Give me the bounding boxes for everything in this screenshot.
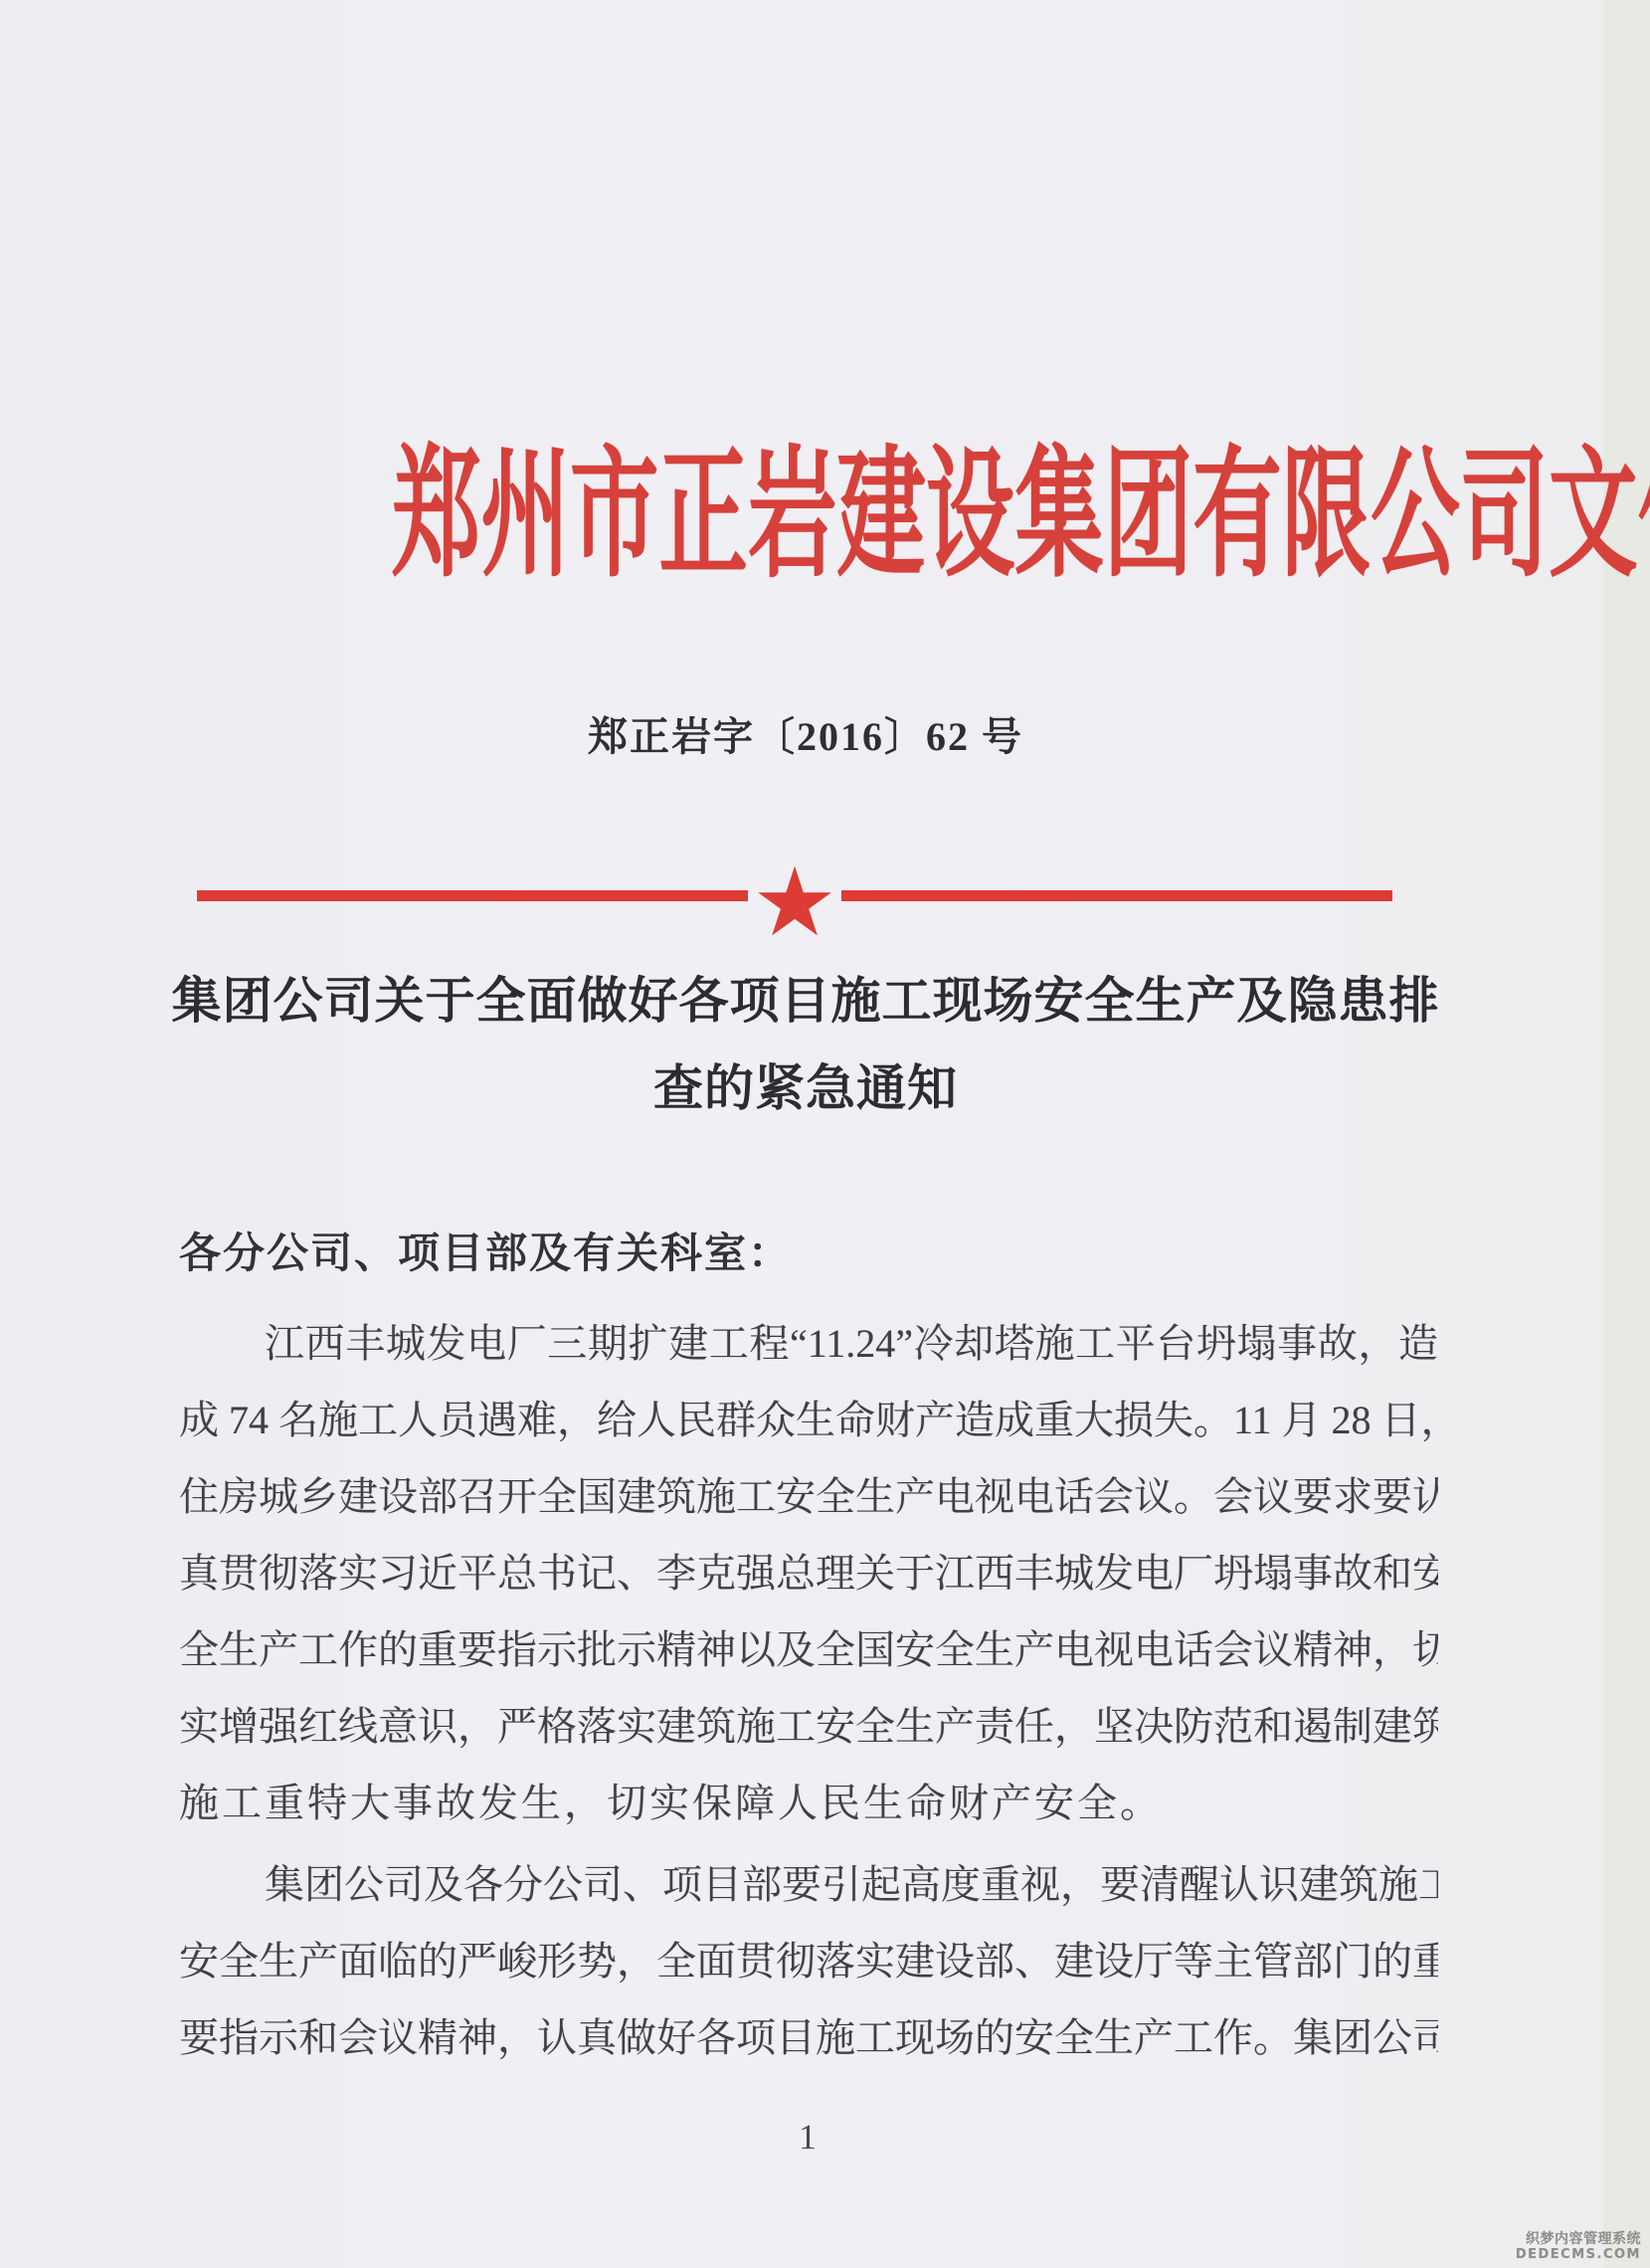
body-line: 真贯彻落实习近平总书记、李克强总理关于江西丰城发电厂坍塌事故和安: [179, 1535, 1438, 1611]
red-rule-left: [197, 890, 748, 901]
body-line: 全生产工作的重要指示批示精神以及全国安全生产电视电话会议精神，切: [179, 1611, 1438, 1688]
body-line: 江西丰城发电厂三期扩建工程“11.24”冷却塔施工平台坍塌事故，造: [179, 1305, 1438, 1382]
body-line: 安全生产面临的严峻形势，全面贯彻落实建设部、建设厅等主管部门的重: [179, 1923, 1438, 1999]
company-header: 郑州市正岩建设集团有限公司文件: [0, 436, 1611, 595]
body-line: 施工重特大事故发生，切实保障人民生命财产安全。: [179, 1765, 1438, 1841]
star-icon: ★: [752, 854, 837, 950]
body-line: 实增强红线意识，严格落实建筑施工安全生产责任，坚决防范和遏制建筑: [179, 1688, 1438, 1765]
scanner-edge-strip: [1603, 0, 1650, 2268]
page-number: 1: [0, 2115, 1615, 2159]
watermark: 织梦内容管理系统 DEDECMS.COM: [1516, 2231, 1641, 2262]
watermark-text-cn: 织梦内容管理系统: [1516, 2231, 1641, 2247]
paragraph-1: 江西丰城发电厂三期扩建工程“11.24”冷却塔施工平台坍塌事故，造 成 74 名…: [179, 1305, 1438, 1841]
body-line: 成 74 名施工人员遇难，给人民群众生命财产造成重大损失。11 月 28 日，: [179, 1382, 1438, 1458]
document-title: 集团公司关于全面做好各项目施工现场安全生产及隐患排 查的紧急通知: [0, 957, 1611, 1132]
red-rule-right: [841, 890, 1392, 901]
document-title-line1: 集团公司关于全面做好各项目施工现场安全生产及隐患排: [0, 957, 1611, 1044]
document-number: 郑正岩字〔2016〕62 号: [0, 712, 1611, 762]
star-divider: ★: [197, 851, 1392, 939]
company-header-title: 郑州市正岩建设集团有限公司文件: [392, 436, 1650, 595]
document-title-line2: 查的紧急通知: [0, 1044, 1611, 1132]
body-line: 集团公司及各分公司、项目部要引起高度重视，要清醒认识建筑施工: [179, 1846, 1438, 1923]
scanned-document-page: 郑州市正岩建设集团有限公司文件 郑正岩字〔2016〕62 号 ★ 集团公司关于全…: [0, 0, 1650, 2268]
body-line: 住房城乡建设部召开全国建筑施工安全生产电视电话会议。会议要求要认: [179, 1458, 1438, 1535]
salutation: 各分公司、项目部及有关科室：: [179, 1231, 792, 1277]
body-line: 要指示和会议精神，认真做好各项目施工现场的安全生产工作。集团公司: [179, 1999, 1438, 2076]
watermark-text-en: DEDECMS.COM: [1516, 2247, 1641, 2262]
paragraph-2: 集团公司及各分公司、项目部要引起高度重视，要清醒认识建筑施工 安全生产面临的严峻…: [179, 1846, 1438, 2076]
